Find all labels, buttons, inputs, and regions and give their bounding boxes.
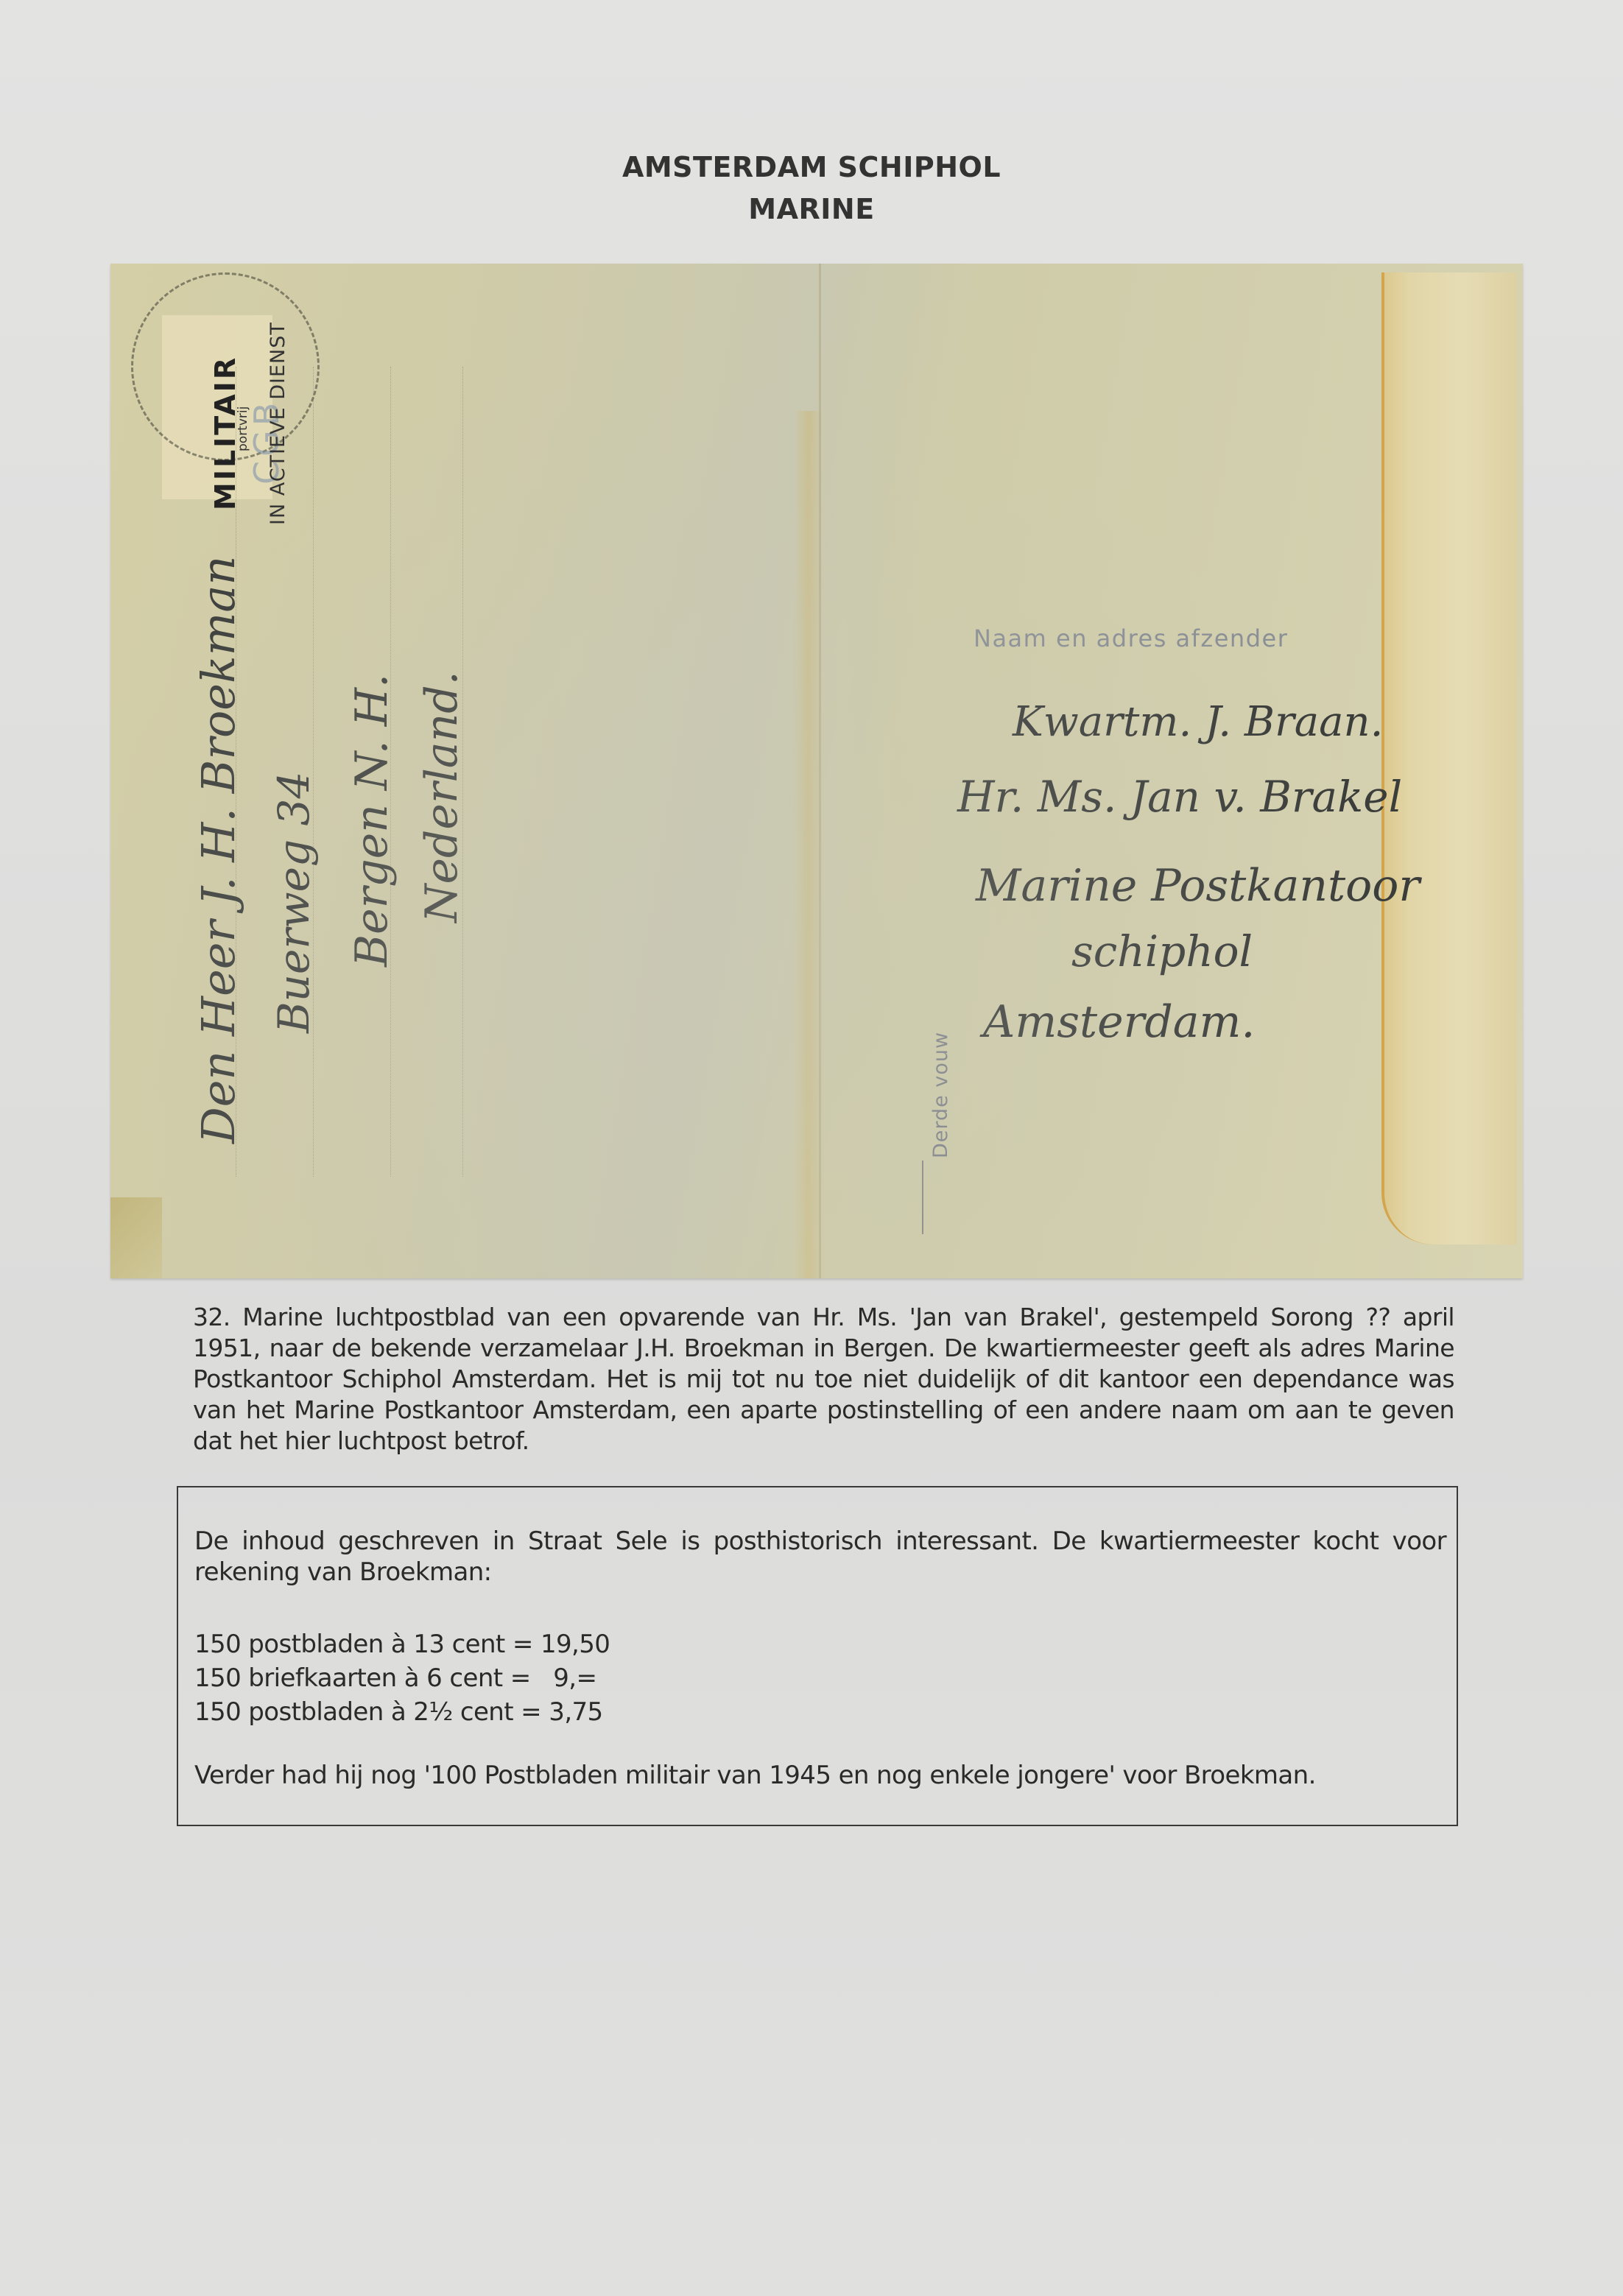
side-flap xyxy=(1381,272,1517,1244)
purchase-item: 150 postbladen à 13 cent = 19,50 xyxy=(194,1629,1446,1663)
sender-line-2: Hr. Ms. Jan v. Brakel xyxy=(957,772,1402,822)
purchase-item: 150 briefkaarten à 6 cent = 9,= xyxy=(194,1663,1446,1697)
folded-corner xyxy=(110,1197,162,1278)
note-box: De inhoud geschreven in Straat Sele is p… xyxy=(177,1486,1458,1826)
sender-label: Naam en adres afzender xyxy=(974,624,1288,652)
page-title-line2: MARINE xyxy=(0,193,1623,225)
fold-label: Derde vouw xyxy=(929,1032,952,1158)
letter-sheet-image: CGB MILITAIR portvrij IN ACTIEVE DIENST … xyxy=(110,264,1523,1278)
sender-line-3: Marine Postkantoor xyxy=(976,860,1420,912)
address-line-1: Den Heer J. H. Broekman xyxy=(191,556,245,1144)
purchase-item: 150 postbladen à 2½ cent = 3,75 xyxy=(194,1697,1446,1730)
actieve-dienst-label: IN ACTIEVE DIENST xyxy=(267,322,289,525)
address-line-2: Buerweg 34 xyxy=(269,772,319,1033)
page-title-line1: AMSTERDAM SCHIPHOL xyxy=(0,151,1623,183)
note-footer: Verder had hij nog '100 Postbladen milit… xyxy=(194,1760,1446,1791)
fold-line xyxy=(819,264,821,1278)
sender-line-1: Kwartm. J. Braan. xyxy=(1013,698,1383,746)
address-line-4: Nederland. xyxy=(416,671,468,923)
portvrij-label: portvrij xyxy=(236,406,250,451)
purchase-list: 150 postbladen à 13 cent = 19,50 150 bri… xyxy=(194,1629,1446,1730)
sender-line-4: schiphol xyxy=(1071,926,1253,976)
sender-line-5: Amsterdam. xyxy=(983,996,1255,1048)
caption-text: 32. Marine luchtpostblad van een opvaren… xyxy=(193,1302,1454,1457)
address-line-3: Bergen N. H. xyxy=(346,674,398,967)
fold-arrow-icon xyxy=(922,1161,923,1234)
note-intro: De inhoud geschreven in Straat Sele is p… xyxy=(194,1526,1446,1588)
